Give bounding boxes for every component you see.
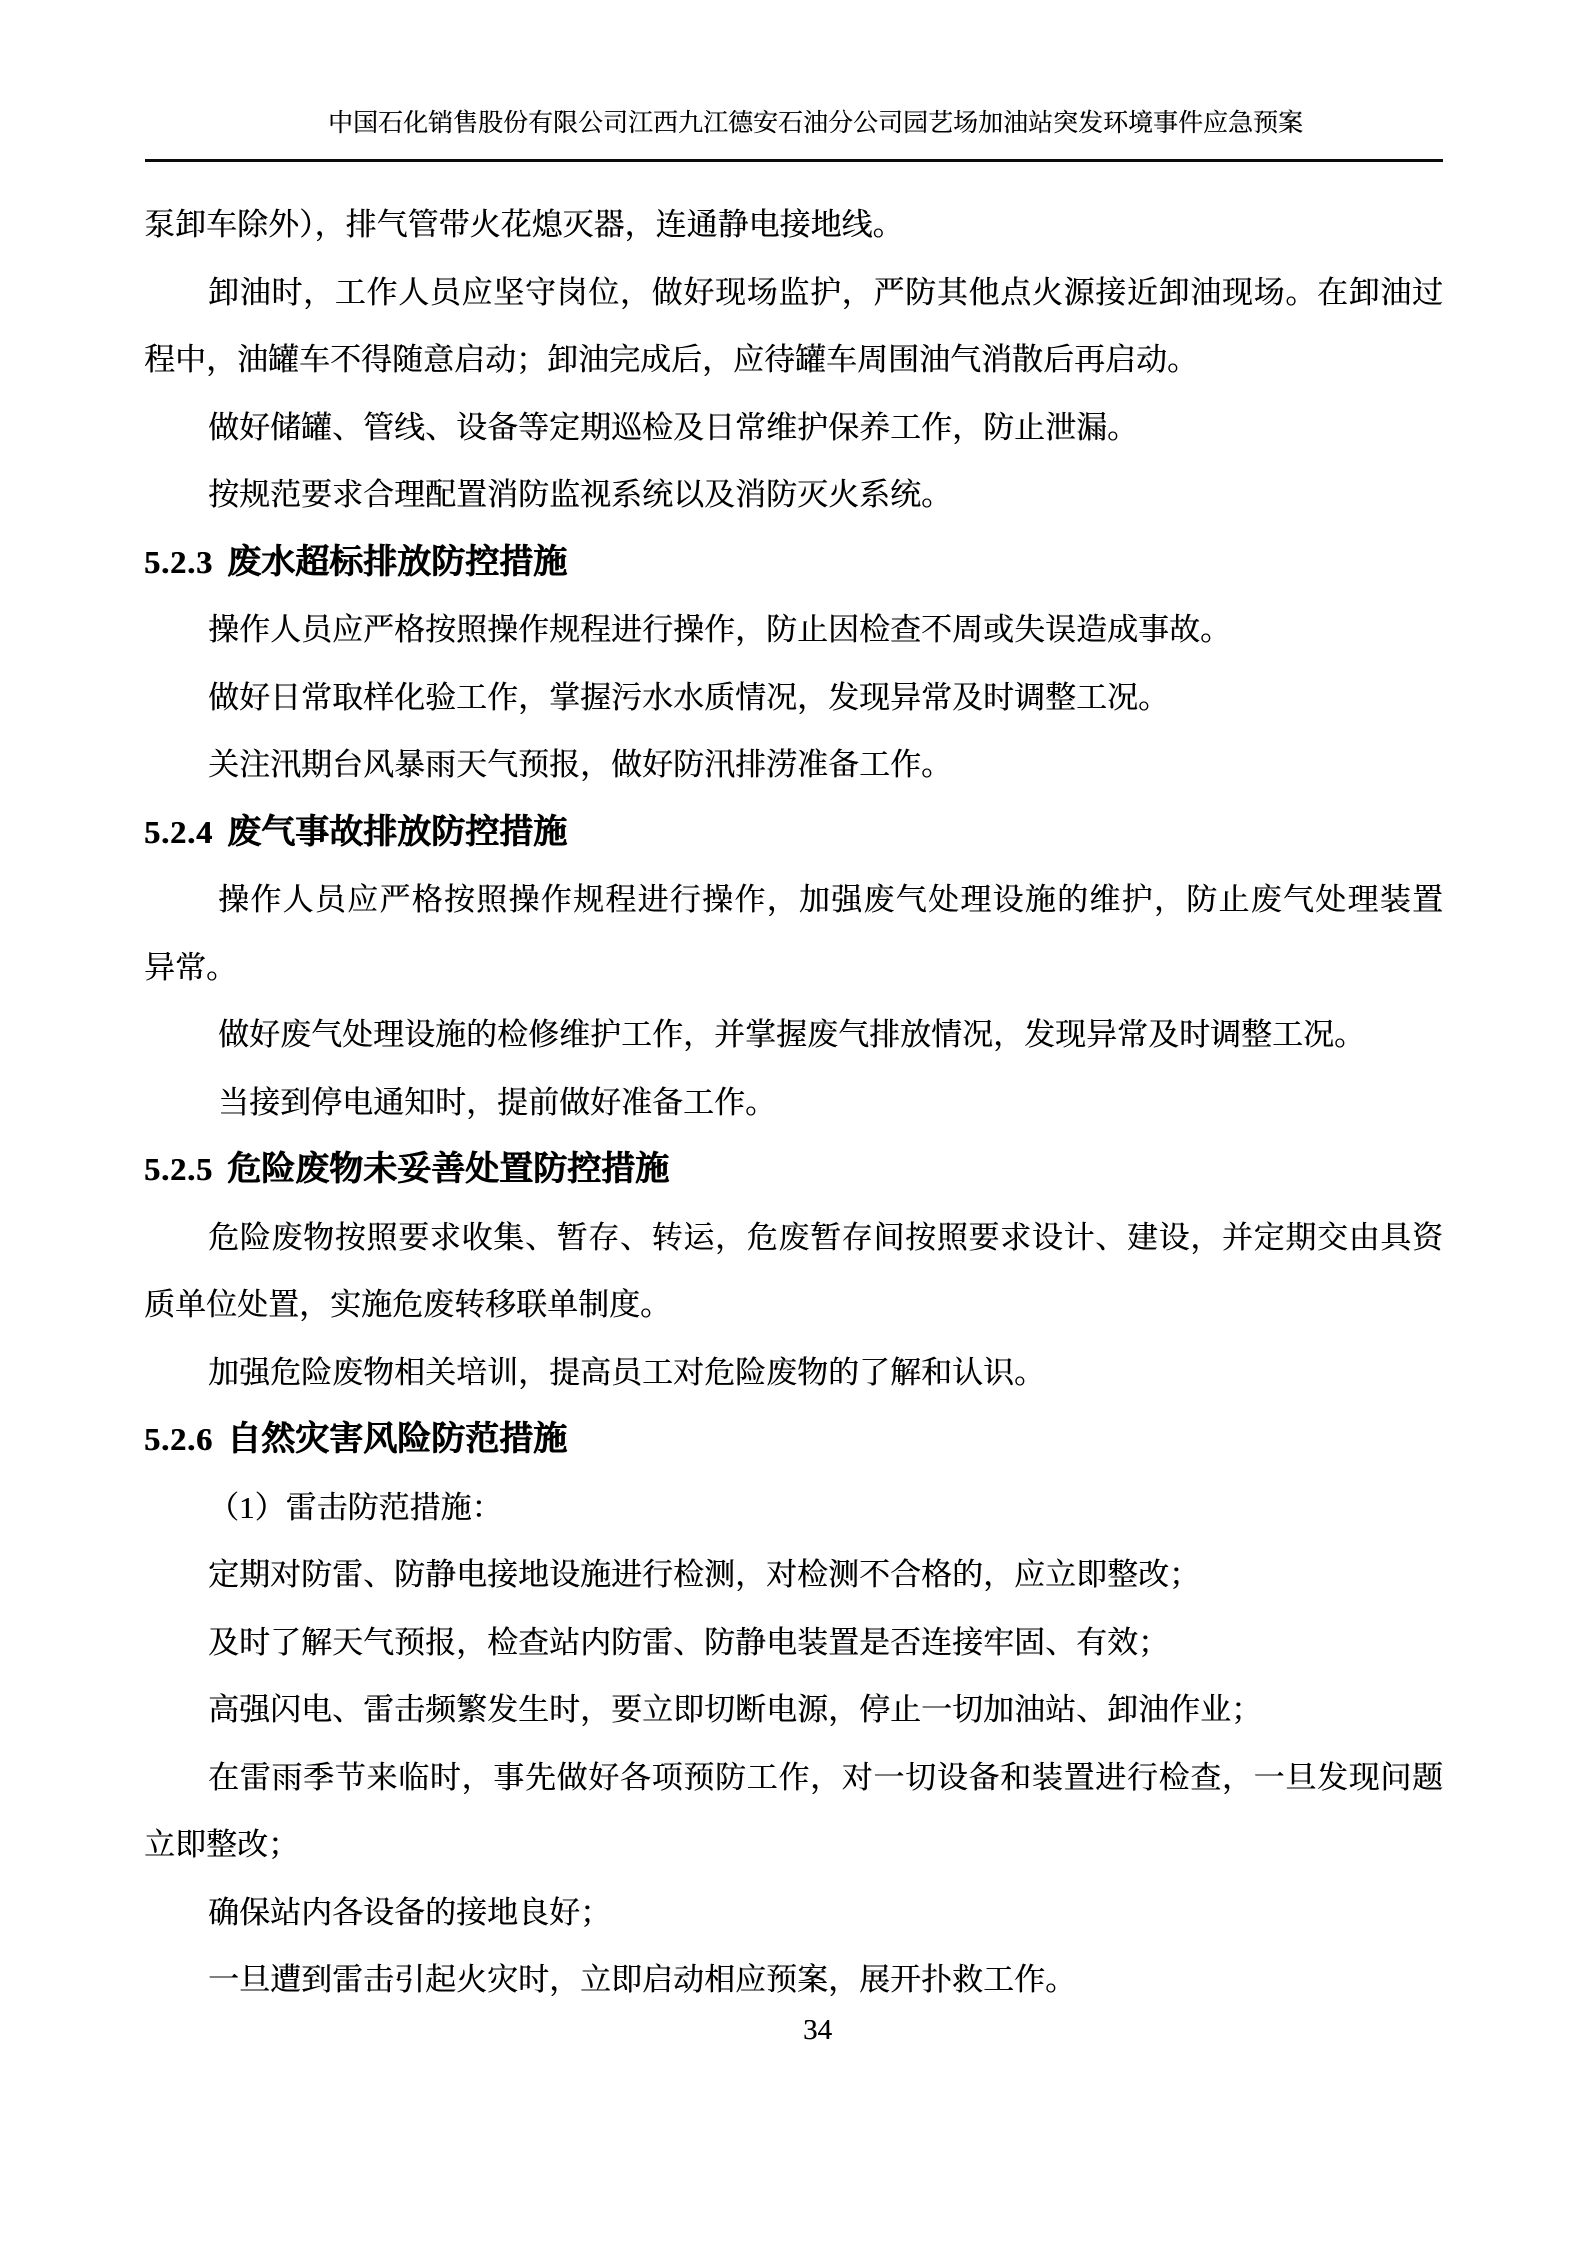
- section-title: 危险废物未妥善处置防控措施: [227, 1151, 669, 1188]
- page-number: 34: [803, 2013, 832, 2047]
- section-title: 废气事故排放防控措施: [227, 814, 567, 851]
- paragraph-line: 在雷雨季节来临时，事先做好各项预防工作，对一切设备和装置进行检查，一旦发现问题: [144, 1744, 1443, 1812]
- paragraph-line: 一旦遭到雷击引起火灾时，立即启动相应预案，展开扑救工作。: [144, 1946, 1443, 2014]
- header-divider-rule: [145, 159, 1443, 162]
- paragraph-line: 异常。: [144, 934, 1443, 1002]
- section-number: 5.2.3: [144, 544, 213, 580]
- section-heading: 5.2.5危险废物未妥善处置防控措施: [144, 1136, 1443, 1204]
- section-title: 自然灾害风险防范措施: [227, 1421, 567, 1458]
- paragraph-line: 当接到停电通知时，提前做好准备工作。: [144, 1069, 1443, 1137]
- paragraph-line: 做好日常取样化验工作，掌握污水水质情况，发现异常及时调整工况。: [144, 664, 1443, 732]
- paragraph-line: 做好废气处理设施的检修维护工作，并掌握废气排放情况，发现异常及时调整工况。: [144, 1001, 1443, 1069]
- paragraph-line: 操作人员应严格按照操作规程进行操作，防止因检查不周或失误造成事故。: [144, 596, 1443, 664]
- document-page: 中国石化销售股份有限公司江西九江德安石油分公司园艺场加油站突发环境事件应急预案 …: [0, 0, 1587, 2245]
- paragraph-line: 程中，油罐车不得随意启动；卸油完成后，应待罐车周围油气消散后再启动。: [144, 326, 1443, 394]
- section-number: 5.2.5: [144, 1151, 213, 1187]
- running-header-title: 中国石化销售股份有限公司江西九江德安石油分公司园艺场加油站突发环境事件应急预案: [328, 110, 1303, 137]
- paragraph-line: 做好储罐、管线、设备等定期巡检及日常维护保养工作，防止泄漏。: [144, 394, 1443, 462]
- paragraph-line: 关注汛期台风暴雨天气预报，做好防汛排涝准备工作。: [144, 731, 1443, 799]
- document-body: 泵卸车除外），排气管带火花熄灭器，连通静电接地线。卸油时，工作人员应坚守岗位，做…: [144, 191, 1443, 2014]
- paragraph-line: 高强闪电、雷击频繁发生时，要立即切断电源，停止一切加油站、卸油作业；: [144, 1676, 1443, 1744]
- paragraph-line: 按规范要求合理配置消防监视系统以及消防灭火系统。: [144, 461, 1443, 529]
- paragraph-line: 定期对防雷、防静电接地设施进行检测，对检测不合格的，应立即整改；: [144, 1541, 1443, 1609]
- section-heading: 5.2.3废水超标排放防控措施: [144, 529, 1443, 597]
- section-number: 5.2.4: [144, 814, 213, 850]
- paragraph-line: 操作人员应严格按照操作规程进行操作，加强废气处理设施的维护，防止废气处理装置: [144, 866, 1443, 934]
- paragraph-line: 及时了解天气预报，检查站内防雷、防静电装置是否连接牢固、有效；: [144, 1609, 1443, 1677]
- section-number: 5.2.6: [144, 1421, 213, 1457]
- section-heading: 5.2.6自然灾害风险防范措施: [144, 1406, 1443, 1474]
- paragraph-line: 泵卸车除外），排气管带火花熄灭器，连通静电接地线。: [144, 191, 1443, 259]
- section-title: 废水超标排放防控措施: [227, 544, 567, 581]
- paragraph-line: 确保站内各设备的接地良好；: [144, 1879, 1443, 1947]
- paragraph-line: 立即整改；: [144, 1811, 1443, 1879]
- paragraph-line: 质单位处置，实施危废转移联单制度。: [144, 1271, 1443, 1339]
- paragraph-line: 加强危险废物相关培训，提高员工对危险废物的了解和认识。: [144, 1339, 1443, 1407]
- section-heading: 5.2.4废气事故排放防控措施: [144, 799, 1443, 867]
- paragraph-line: （1）雷击防范措施：: [144, 1474, 1443, 1542]
- paragraph-line: 危险废物按照要求收集、暂存、转运，危废暂存间按照要求设计、建设，并定期交由具资: [144, 1204, 1443, 1272]
- paragraph-line: 卸油时，工作人员应坚守岗位，做好现场监护，严防其他点火源接近卸油现场。在卸油过: [144, 259, 1443, 327]
